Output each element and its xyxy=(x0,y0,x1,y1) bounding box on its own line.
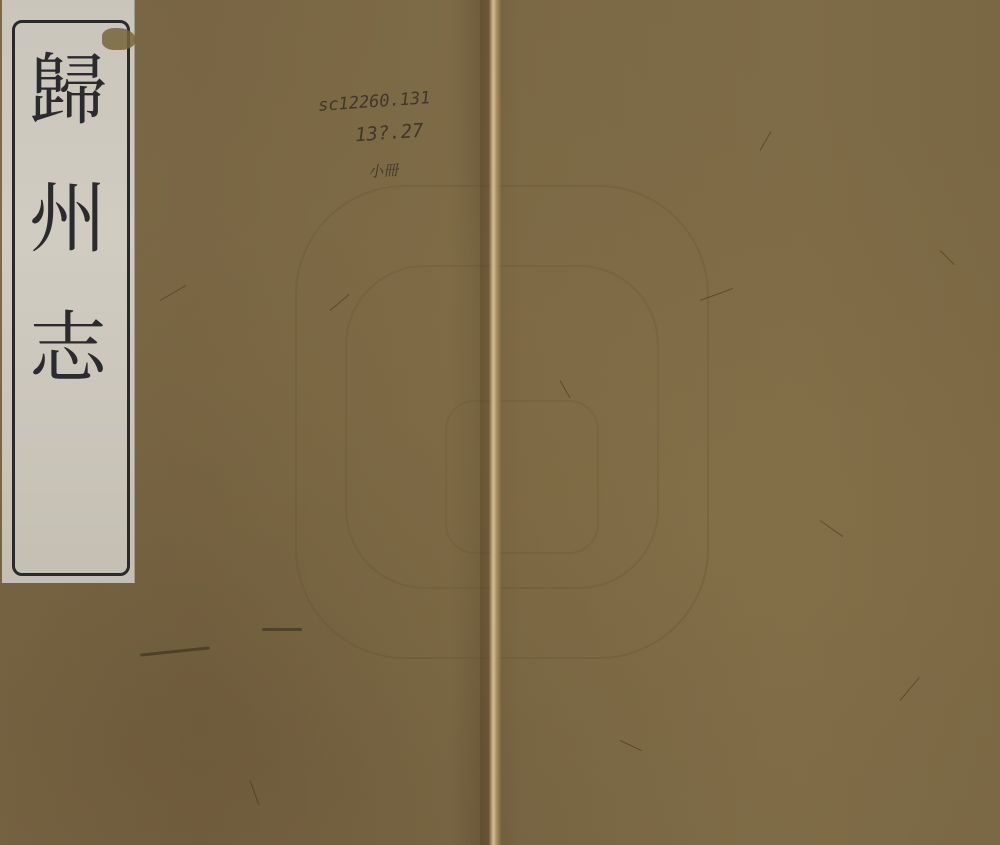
center-fold xyxy=(480,0,502,845)
watermark-core xyxy=(445,400,599,554)
handwritten-note-line3: 小冊 xyxy=(367,159,398,182)
paper-crease xyxy=(262,628,302,631)
title-char-zhou: 州 xyxy=(2,180,134,258)
slip-stain xyxy=(102,28,136,50)
title-slip: 歸 州 志 xyxy=(2,0,135,583)
title-char-gui: 歸 xyxy=(2,52,134,130)
title-char-zhi: 志 xyxy=(2,310,134,388)
book-cover: 歸 州 志 sc12260.131 13?.27 小冊 xyxy=(0,0,1000,845)
